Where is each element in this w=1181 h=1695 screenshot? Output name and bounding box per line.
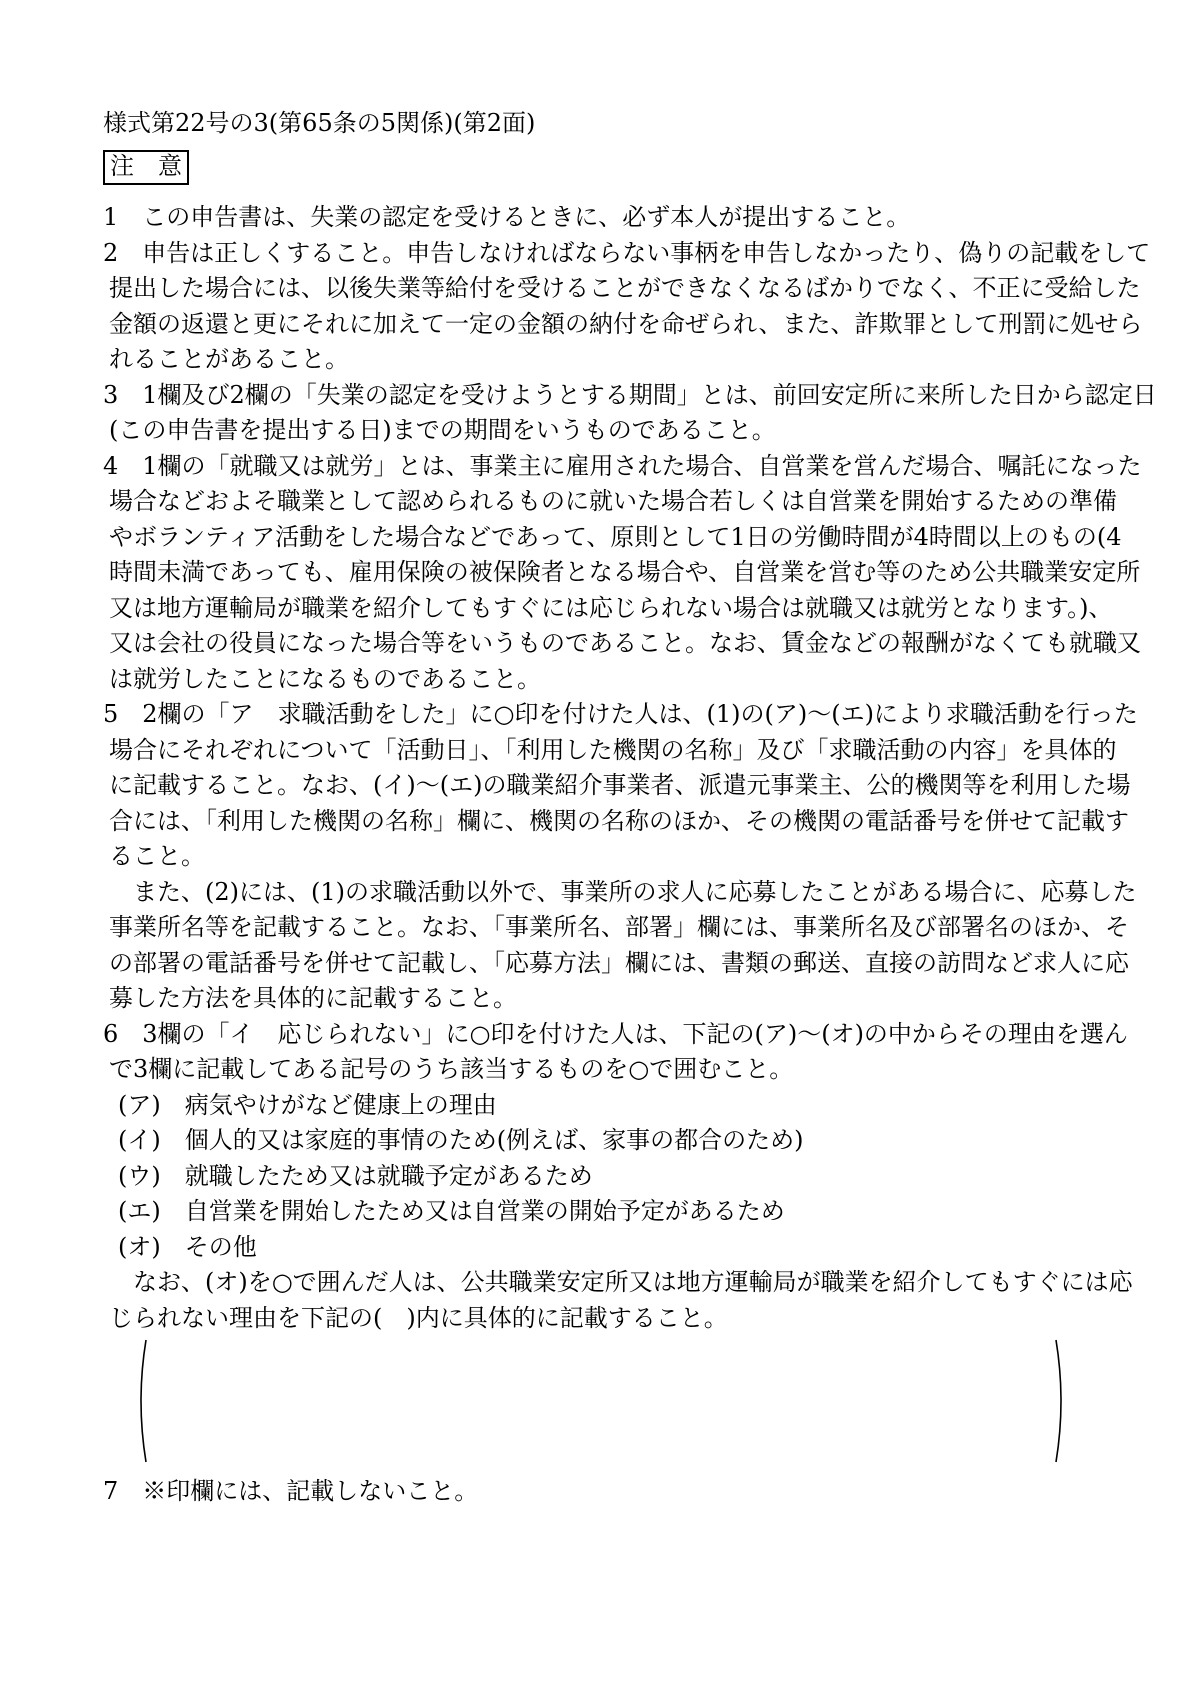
notice-title: 注 意 (103, 150, 189, 185)
notes-line: (エ) 自営業を開始したため又は自営業の開始予定があるため (118, 1194, 1181, 1230)
notes-line: 又は会社の役員になった場合等をいうものであること。なお、賃金などの報酬がなくても… (109, 626, 1181, 662)
left-paren-icon (133, 1338, 149, 1464)
notes-line: 金額の返還と更にそれに加えて一定の金額の納付を命ぜられ、また、詐欺罪として刑罰に… (109, 307, 1181, 343)
form-code: 様式第22号の3(第65条の5関係)(第2面) (103, 108, 1181, 138)
notes-line: (この申告書を提出する日)までの期間をいうものであること。 (109, 413, 1181, 449)
notes-line: 場合などおよそ職業として認められるものに就いた場合若しくは自営業を開始するための… (109, 484, 1181, 520)
notes-line: の部署の電話番号を併せて記載し、「応募方法」欄には、書類の郵送、直接の訪問など求… (109, 946, 1181, 982)
notes-line: ること。 (109, 839, 1181, 875)
notes-line: 5 2欄の「ア 求職活動をした」に○印を付けた人は、(1)の(ア)～(エ)により… (103, 697, 1181, 733)
notes-line: また、(2)には、(1)の求職活動以外で、事業所の求人に応募したことがある場合に… (133, 875, 1181, 911)
notes-list: 1 この申告書は、失業の認定を受けるときに、必ず本人が提出すること。2 申告は正… (103, 200, 1181, 1336)
notes-line: で3欄に記載してある記号のうち該当するものを○で囲むこと。 (109, 1052, 1181, 1088)
notes-line: (ウ) 就職したため又は就職予定があるため (118, 1159, 1181, 1195)
notice-title-row: 注 意 (103, 150, 1181, 186)
notes-line: じられない理由を下記の( )内に具体的に記載すること。 (109, 1301, 1181, 1337)
notes-line: 又は地方運輸局が職業を紹介してもすぐには応じられない場合は就職又は就労となります… (109, 591, 1181, 627)
reason-fill-in-area (133, 1338, 1069, 1464)
notes-line: 場合にそれぞれについて「活動日」、「利用した機関の名称」及び「求職活動の内容」を… (109, 733, 1181, 769)
notes-line: (オ) その他 (118, 1230, 1181, 1266)
document-page: 様式第22号の3(第65条の5関係)(第2面) 注 意 1 この申告書は、失業の… (0, 0, 1181, 1695)
notes-line: (イ) 個人的又は家庭的事情のため(例えば、家事の都合のため) (118, 1123, 1181, 1159)
note-7: 7 ※印欄には、記載しないこと。 (103, 1474, 1181, 1510)
notes-line: 時間未満であっても、雇用保険の被保険者となる場合や、自営業を営む等のため公共職業… (109, 555, 1181, 591)
notes-line: 合には、「利用した機関の名称」欄に、機関の名称のほか、その機関の電話番号を併せて… (109, 804, 1181, 840)
notes-line: れることがあること。 (109, 342, 1181, 378)
notes-line: 4 1欄の「就職又は就労」とは、事業主に雇用された場合、自営業を営んだ場合、嘱託… (103, 449, 1181, 485)
notes-line: やボランティア活動をした場合などであって、原則として1日の労働時間が4時間以上の… (109, 520, 1181, 556)
notes-line: に記載すること。なお、(イ)～(エ)の職業紹介事業者、派遣元事業主、公的機関等を… (109, 768, 1181, 804)
right-paren-icon (1053, 1338, 1069, 1464)
notes-line: 募した方法を具体的に記載すること。 (109, 981, 1181, 1017)
notes-line: 2 申告は正しくすること。申告しなければならない事柄を申告しなかったり、偽りの記… (103, 236, 1181, 272)
notes-line: 1 この申告書は、失業の認定を受けるときに、必ず本人が提出すること。 (103, 200, 1181, 236)
notes-line: 3 1欄及び2欄の「失業の認定を受けようとする期間」とは、前回安定所に来所した日… (103, 378, 1181, 414)
notes-line: (ア) 病気やけがなど健康上の理由 (118, 1088, 1181, 1124)
notes-line: なお、(オ)を○で囲んだ人は、公共職業安定所又は地方運輸局が職業を紹介してもすぐ… (133, 1265, 1181, 1301)
notes-line: 事業所名等を記載すること。なお、「事業所名、部署」欄には、事業所名及び部署名のほ… (109, 910, 1181, 946)
notes-line: 6 3欄の「イ 応じられない」に○印を付けた人は、下記の(ア)～(オ)の中からそ… (103, 1017, 1181, 1053)
notes-line: 提出した場合には、以後失業等給付を受けることができなくなるばかりでなく、不正に受… (109, 271, 1181, 307)
notes-line: は就労したことになるものであること。 (109, 662, 1181, 698)
